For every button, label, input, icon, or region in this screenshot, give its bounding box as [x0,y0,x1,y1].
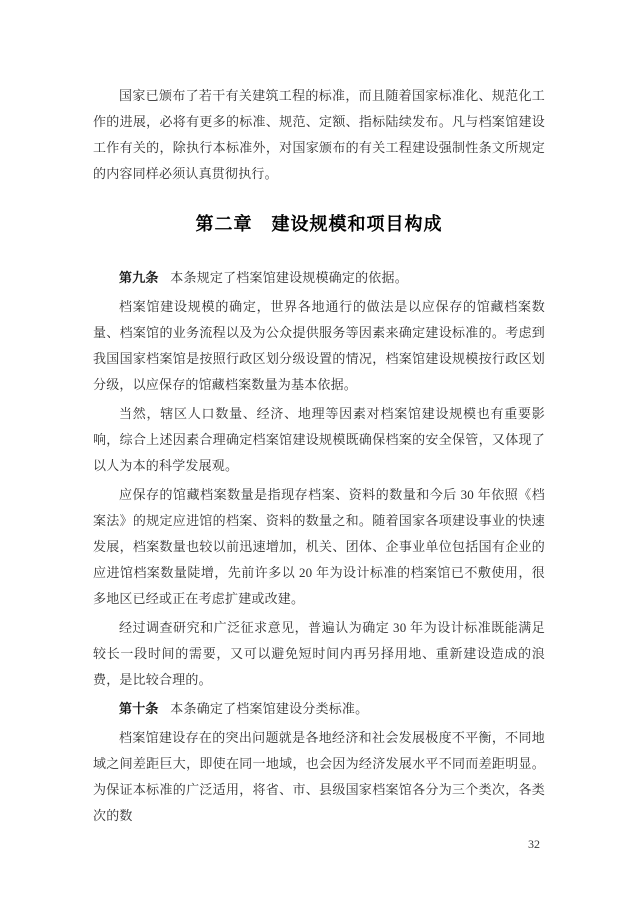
page-number: 32 [528,837,540,851]
intro-paragraph: 国家已颁布了若干有关建筑工程的标准，而且随着国家标准化、规范化工作的进展，必将有… [93,83,545,187]
article-10-number: 第十条 [119,701,159,716]
paragraph-influencing-factors: 当然，辖区人口数量、经济、地理等因素对档案馆建设规模也有重要影响，综合上述因素合… [93,401,545,479]
article-9-paragraph: 第九条本条规定了档案馆建设规模确定的依据。 [93,265,545,291]
page-footer: 32 [528,836,540,852]
paragraph-scale-basis: 档案馆建设规模的确定，世界各地通行的做法是以应保存的馆藏档案数量、档案馆的业务流… [93,294,545,398]
article-10-text: 本条确定了档案馆建设分类标准。 [170,701,368,716]
paragraph-survey-conclusion: 经过调查研究和广泛征求意见，普遍认为确定 30 年为设计标准既能满足较长一段时间… [93,615,545,693]
article-10-paragraph: 第十条本条确定了档案馆建设分类标准。 [93,696,545,722]
article-9-number: 第九条 [119,270,159,285]
article-9-text: 本条规定了档案馆建设规模确定的依据。 [170,270,408,285]
paragraph-classification: 档案馆建设存在的突出问题就是各地经济和社会发展极度不平衡，不同地域之间差距巨大，… [93,725,545,829]
paragraph-archive-quantity: 应保存的馆藏档案数量是指现存档案、资料的数量和今后 30 年依照《档案法》的规定… [93,482,545,612]
document-body: 国家已颁布了若干有关建筑工程的标准，而且随着国家标准化、规范化工作的进展，必将有… [0,0,639,829]
document-page: 国家已颁布了若干有关建筑工程的标准，而且随着国家标准化、规范化工作的进展，必将有… [0,0,639,903]
chapter-heading: 第二章 建设规模和项目构成 [93,209,545,239]
